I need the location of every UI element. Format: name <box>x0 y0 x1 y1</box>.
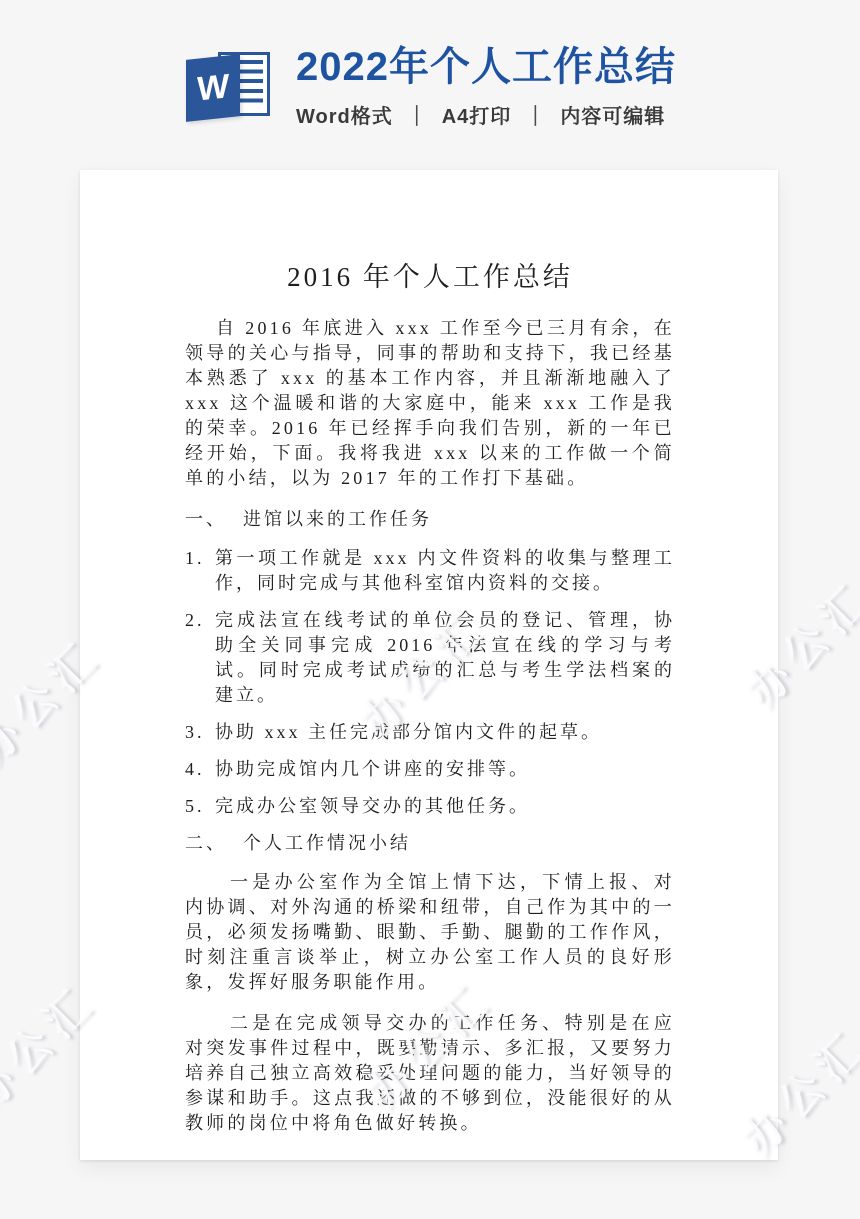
task-number: 5. <box>185 794 215 819</box>
document-title: 2016 年个人工作总结 <box>185 255 675 294</box>
task-item-1: 1. 第一项工作就是 xxx 内文件资料的收集与整理工作，同时完成与其他科室馆内… <box>185 546 675 596</box>
section-1-number: 一、 <box>185 509 227 529</box>
task-item-3: 3. 协助 xxx 主任完成部分馆内文件的起草。 <box>185 720 675 745</box>
page-background: W 2022年个人工作总结 Word格式｜A4打印｜内容可编辑 2016 年个人… <box>0 0 860 1219</box>
section-2-title: 个人工作情况小结 <box>243 833 411 853</box>
task-text: 协助完成馆内几个讲座的安排等。 <box>215 757 675 782</box>
subtitle-separator: ｜ <box>525 106 546 128</box>
task-number: 1. <box>185 546 215 596</box>
summary-paragraph-2: 二是在完成领导交办的工作任务、特别是在应对突发事件过程中，既要勤请示、多汇报，又… <box>185 1011 675 1136</box>
task-number: 4. <box>185 757 215 782</box>
section-2-number: 二、 <box>185 833 227 853</box>
subtitle-item-editable: 内容可编辑 <box>560 106 665 128</box>
word-icon-letter: W <box>197 67 229 109</box>
section-2-heading: 二、个人工作情况小结 <box>185 831 675 856</box>
task-text: 完成法宣在线考试的单位会员的登记、管理，协助全关同事完成 2016 年法宣在线的… <box>215 608 675 708</box>
task-number: 3. <box>185 720 215 745</box>
subtitle-item-a4-print: A4打印 <box>442 106 512 128</box>
summary-paragraph-1: 一是办公室作为全馆上情下达，下情上报、对内协调、对外沟通的桥梁和纽带，自己作为其… <box>185 870 675 995</box>
subtitle-item-word-format: Word格式 <box>296 106 393 128</box>
subtitle-separator: ｜ <box>407 106 428 128</box>
task-number: 2. <box>185 608 215 708</box>
task-item-4: 4. 协助完成馆内几个讲座的安排等。 <box>185 757 675 782</box>
page-title: 2022年个人工作总结 <box>296 46 676 89</box>
subtitle: Word格式｜A4打印｜内容可编辑 <box>296 100 676 129</box>
task-text: 第一项工作就是 xxx 内文件资料的收集与整理工作，同时完成与其他科室馆内资料的… <box>215 546 675 596</box>
word-icon-cover: W <box>186 54 240 122</box>
task-text: 协助 xxx 主任完成部分馆内文件的起草。 <box>215 720 675 745</box>
section-1-title: 进馆以来的工作任务 <box>243 509 432 529</box>
task-item-2: 2. 完成法宣在线考试的单位会员的登记、管理，协助全关同事完成 2016 年法宣… <box>185 608 675 708</box>
section-1-heading: 一、进馆以来的工作任务 <box>185 507 675 532</box>
header-text: 2022年个人工作总结 Word格式｜A4打印｜内容可编辑 <box>296 44 676 129</box>
task-text: 完成办公室领导交办的其他任务。 <box>215 794 675 819</box>
header: W 2022年个人工作总结 Word格式｜A4打印｜内容可编辑 <box>0 44 860 130</box>
task-item-5: 5. 完成办公室领导交办的其他任务。 <box>185 794 675 819</box>
word-icon: W <box>184 44 276 130</box>
document-page: 2016 年个人工作总结 自 2016 年底进入 xxx 工作至今已三月有余，在… <box>80 170 778 1160</box>
document-intro-paragraph: 自 2016 年底进入 xxx 工作至今已三月有余，在领导的关心与指导，同事的帮… <box>185 316 675 491</box>
